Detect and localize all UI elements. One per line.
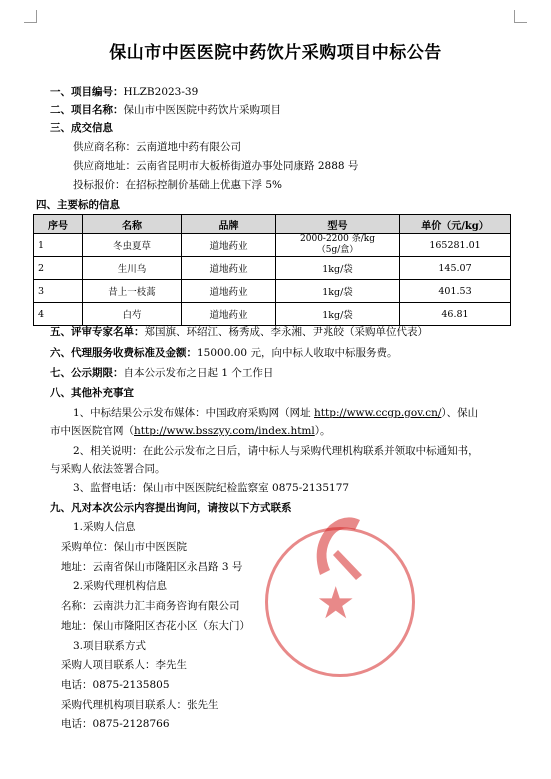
cell-no: 2 [34,257,83,280]
cell-name: 白芍 [83,303,182,326]
section-other: 八、其他补充事宜 [50,386,134,400]
purchaser-name: 采购单位：保山市中医医院 [61,540,187,554]
section-deal-info: 三、成交信息 [50,121,113,135]
col-no: 序号 [34,215,83,234]
contact-title: 3.项目联系方式 [73,639,146,653]
page-corner-mark [24,10,37,23]
col-brand: 品牌 [182,215,276,234]
table-row: 2 生川乌 道地药业 1kg/袋 145.07 [34,257,511,280]
agency-title: 2.采购代理机构信息 [73,579,167,593]
purchaser-phone: 电话：0875-2135805 [61,678,170,692]
page-corner-mark [514,10,527,23]
cell-spec: 1kg/袋 [276,280,400,303]
experts: 五、评审专家名单：郑国旗、环绍江、杨秀成、李永湘、尹兆皎（采购单位代表） [50,325,428,339]
notice-line-2: 与采购人依法签署合同。 [50,462,166,476]
value: 保山市中医医院中药饮片采购项目 [124,104,282,116]
spec-line: （5g/盒） [280,245,395,256]
agency-address: 地址：保山市隆阳区杏花小区（东大门） [61,619,250,633]
table-header-row: 序号 名称 品牌 型号 单价（元/kg） [34,215,511,234]
ccgp-link[interactable]: http://www.ccgp.gov.cn/ [314,407,441,419]
cell-spec: 2000-2200 条/kg（5g/盒） [276,234,400,257]
section-items: 四、主要标的信息 [36,198,120,212]
cell-no: 3 [34,280,83,303]
value: 郑国旗、环绍江、杨秀成、李永湘、尹兆皎（采购单位代表） [145,326,429,338]
cell-price: 401.53 [400,280,511,303]
media-line-2: 市中医医院官网（http://www.bsszyy.com/index.html… [50,424,331,438]
table-row: 3 昔上一枝蒿 道地药业 1kg/袋 401.53 [34,280,511,303]
cell-brand: 道地药业 [182,234,276,257]
project-number: 一、项目编号：HLZB2023-39 [50,85,198,99]
cell-brand: 道地药业 [182,257,276,280]
cell-name: 生川乌 [83,257,182,280]
text: ）、保山 [441,407,478,419]
label: 一、项目编号： [50,86,124,98]
agency-fee: 六、代理服务收费标准及金额：15000.00 元，向中标人收取中标服务费。 [50,346,397,360]
text: 1、中标结果公示发布媒体：中国政府采购网（网址 [73,407,314,419]
cell-spec: 1kg/袋 [276,303,400,326]
cell-no: 4 [34,303,83,326]
supervision-phone: 3、监督电话：保山市中医医院纪检监察室 0875-2135177 [73,481,349,495]
purchaser-contact: 采购人项目联系人：李先生 [61,658,187,672]
cell-brand: 道地药业 [182,280,276,303]
hospital-link[interactable]: http://www.bsszyy.com/index.html [134,425,315,437]
col-name: 名称 [83,215,182,234]
table-row: 1 冬虫夏草 道地药业 2000-2200 条/kg（5g/盒） 165281.… [34,234,511,257]
purchaser-address: 地址：云南省保山市隆阳区永昌路 3 号 [61,560,242,574]
notice-line: 2、相关说明：在此公示发布之日后，请中标人与采购代理机构联系并领取中标通知书， [73,444,479,458]
value: 自本公示发布之日起 1 个工作日 [124,367,274,379]
cell-name: 冬虫夏草 [83,234,182,257]
col-price: 单价（元/kg） [400,215,511,234]
bid-amount: 投标报价：在招标控制价基础上优惠下浮 5% [73,178,282,192]
value: HLZB2023-39 [124,86,199,98]
supplier-address: 供应商地址：云南省昆明市大板桥街道办事处同康路 2888 号 [73,159,358,173]
table-row: 4 白芍 道地药业 1kg/袋 46.81 [34,303,511,326]
cell-price: 145.07 [400,257,511,280]
text: ）。 [315,425,331,437]
label: 七、公示期限： [50,367,124,379]
text: 市中医医院官网（ [50,425,134,437]
agency-name: 名称：云南洪力汇丰商务咨询有限公司 [61,599,240,613]
cell-no: 1 [34,234,83,257]
cell-brand: 道地药业 [182,303,276,326]
agency-phone: 电话：0875-2128766 [61,717,170,731]
cell-price: 46.81 [400,303,511,326]
purchaser-title: 1.采购人信息 [73,520,136,534]
label: 六、代理服务收费标准及金额： [50,347,197,359]
label: 五、评审专家名单： [50,326,145,338]
cell-spec: 1kg/袋 [276,257,400,280]
col-spec: 型号 [276,215,400,234]
agency-contact: 采购代理机构项目联系人：张先生 [61,698,219,712]
star-icon: ★ [316,582,355,626]
cell-name: 昔上一枝蒿 [83,280,182,303]
spec-line: 2000-2200 条/kg [280,234,395,245]
project-name: 二、项目名称：保山市中医医院中药饮片采购项目 [50,103,281,117]
label: 二、项目名称： [50,104,124,116]
publicity-period: 七、公示期限：自本公示发布之日起 1 个工作日 [50,366,273,380]
page-title: 保山市中医医院中药饮片采购项目中标公告 [0,38,551,63]
supplier-name: 供应商名称：云南道地中药有限公司 [73,140,241,154]
section-contact: 九、凡对本次公示内容提出询问，请按以下方式联系 [50,501,292,515]
value: 15000.00 元，向中标人收取中标服务费。 [197,347,397,359]
items-table: 序号 名称 品牌 型号 单价（元/kg） 1 冬虫夏草 道地药业 2000-22… [33,214,511,326]
media-line: 1、中标结果公示发布媒体：中国政府采购网（网址 http://www.ccgp.… [73,406,478,420]
cell-price: 165281.01 [400,234,511,257]
